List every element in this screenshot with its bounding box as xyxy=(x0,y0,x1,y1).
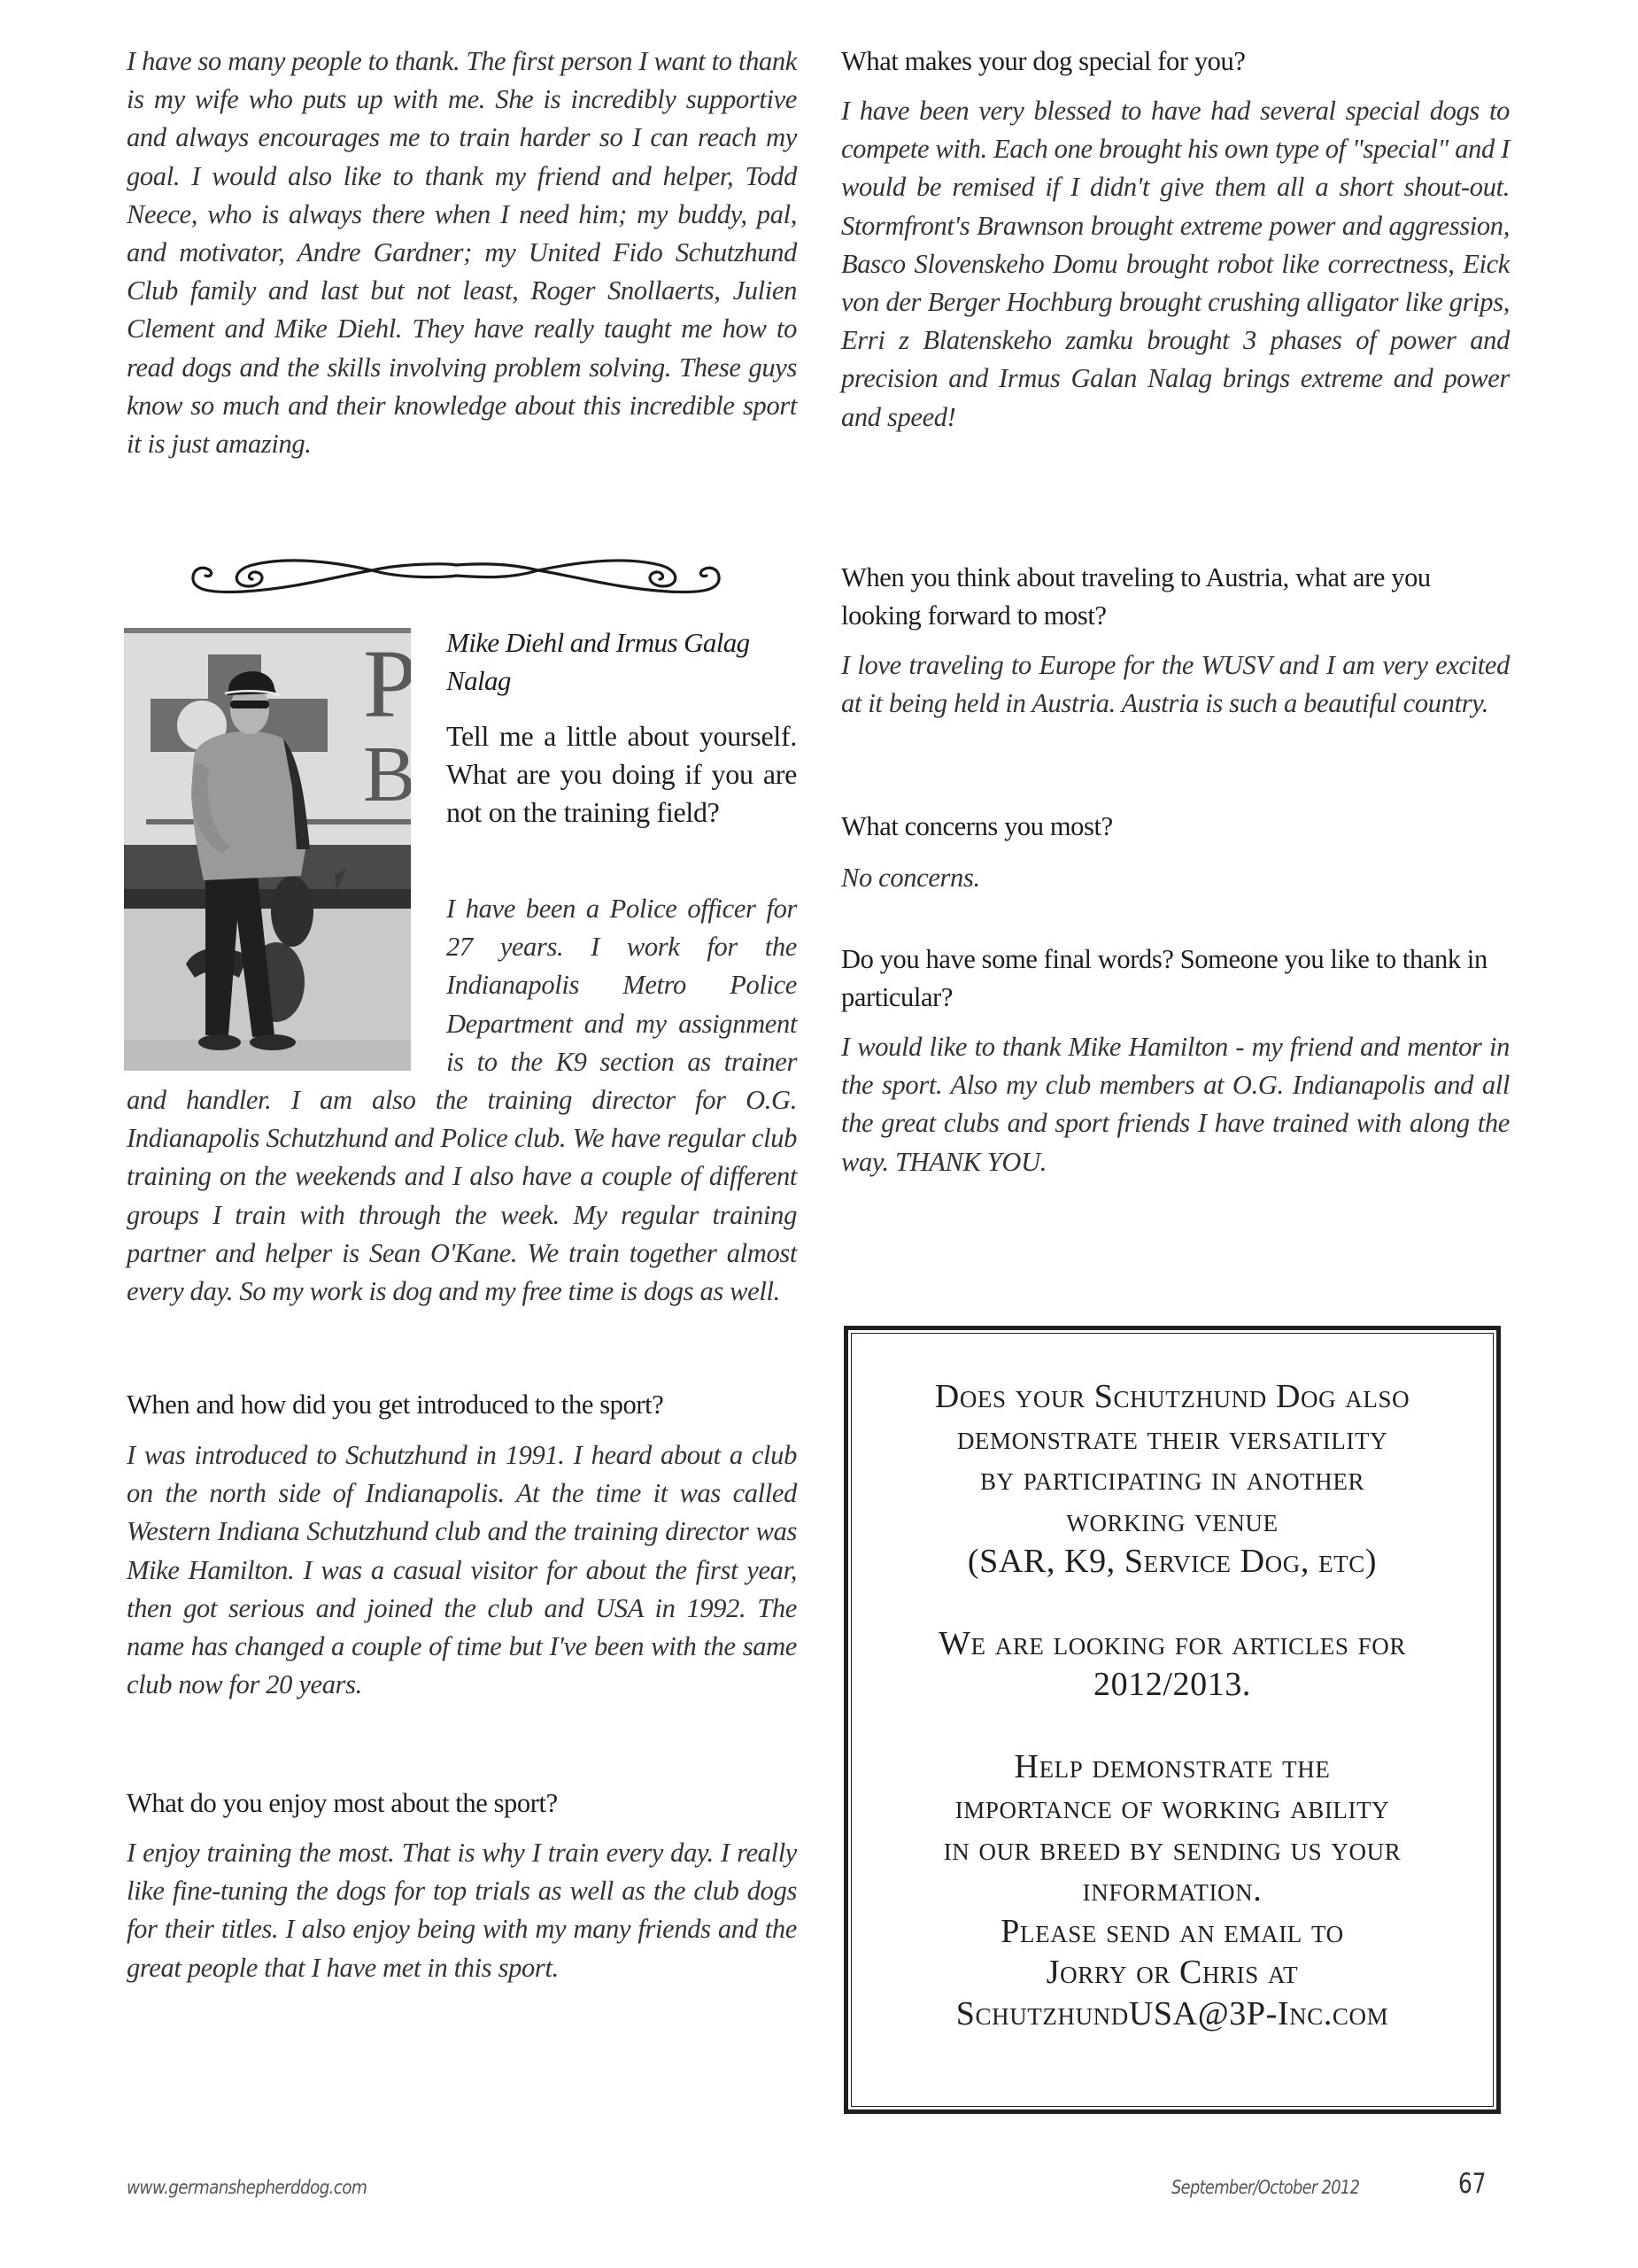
question-about-yourself: Tell me a little about yourself. What ar… xyxy=(446,717,797,832)
answer-dog-special: I have been very blessed to have had sev… xyxy=(841,92,1510,437)
answer-concerns: No concerns. xyxy=(841,859,980,897)
promo-line: by participating in another xyxy=(848,1459,1496,1500)
footer-issue-date: September/October 2012 xyxy=(1171,2177,1359,2198)
promo-email: SchutzhundUSA@3P-Inc.com xyxy=(848,1993,1496,2035)
call-for-articles-box: Does your Schutzhund Dog also demonstrat… xyxy=(844,1326,1501,2114)
promo-line: (SAR, K9, Service Dog, etc) xyxy=(848,1541,1496,1583)
promo-line: 2012/2013. xyxy=(848,1664,1496,1706)
page-number: 67 xyxy=(1458,2168,1487,2200)
question-final-words: Do you have some final words? Someone yo… xyxy=(841,940,1510,1017)
promo-line: in our breed by sending us your xyxy=(848,1829,1496,1870)
answer-about-yourself-wrap: I have been a Police officer for 27 year… xyxy=(127,890,797,1311)
promo-spacer xyxy=(848,1583,1496,1623)
call-for-articles-text: Does your Schutzhund Dog also demonstrat… xyxy=(848,1376,1496,2034)
svg-text:P: P xyxy=(363,630,411,738)
question-concerns: What concerns you most? xyxy=(841,808,1113,846)
promo-line: Please send an email to xyxy=(848,1911,1496,1953)
footer-website: www.germanshepherddog.com xyxy=(127,2177,367,2198)
answer-introduced-to-sport: I was introduced to Schutzhund in 1991. … xyxy=(127,1436,797,1704)
promo-line: We are looking for articles for xyxy=(848,1623,1496,1665)
photo-wrap-spacer xyxy=(127,890,446,1080)
promo-line: Does your Schutzhund Dog also xyxy=(848,1376,1496,1418)
promo-line: working venue xyxy=(848,1500,1496,1542)
question-austria: When you think about traveling to Austri… xyxy=(841,559,1510,635)
question-introduced-to-sport: When and how did you get introduced to t… xyxy=(127,1386,797,1424)
promo-line: information. xyxy=(848,1869,1496,1911)
promo-line: Help demonstrate the xyxy=(848,1746,1496,1788)
promo-spacer xyxy=(848,1706,1496,1746)
answer-austria: I love traveling to Europe for the WUSV … xyxy=(841,646,1510,723)
scroll-flourish-divider-icon xyxy=(190,558,722,602)
intro-paragraph: I have so many people to thank. The firs… xyxy=(127,43,797,463)
question-enjoy-most: What do you enjoy most about the sport? xyxy=(127,1784,797,1823)
answer-final-words: I would like to thank Mike Hamilton - my… xyxy=(841,1028,1510,1181)
promo-line: demonstrate their versatility xyxy=(848,1418,1496,1459)
answer-enjoy-most: I enjoy training the most. That is why I… xyxy=(127,1834,797,1987)
question-dog-special: What makes your dog special for you? xyxy=(841,43,1246,81)
promo-line: importance of working ability xyxy=(848,1787,1496,1829)
photo-caption: Mike Diehl and Irmus Galag Nalag xyxy=(446,623,797,700)
promo-line: Jorry or Chris at xyxy=(848,1952,1496,1993)
svg-text:B: B xyxy=(363,731,411,818)
